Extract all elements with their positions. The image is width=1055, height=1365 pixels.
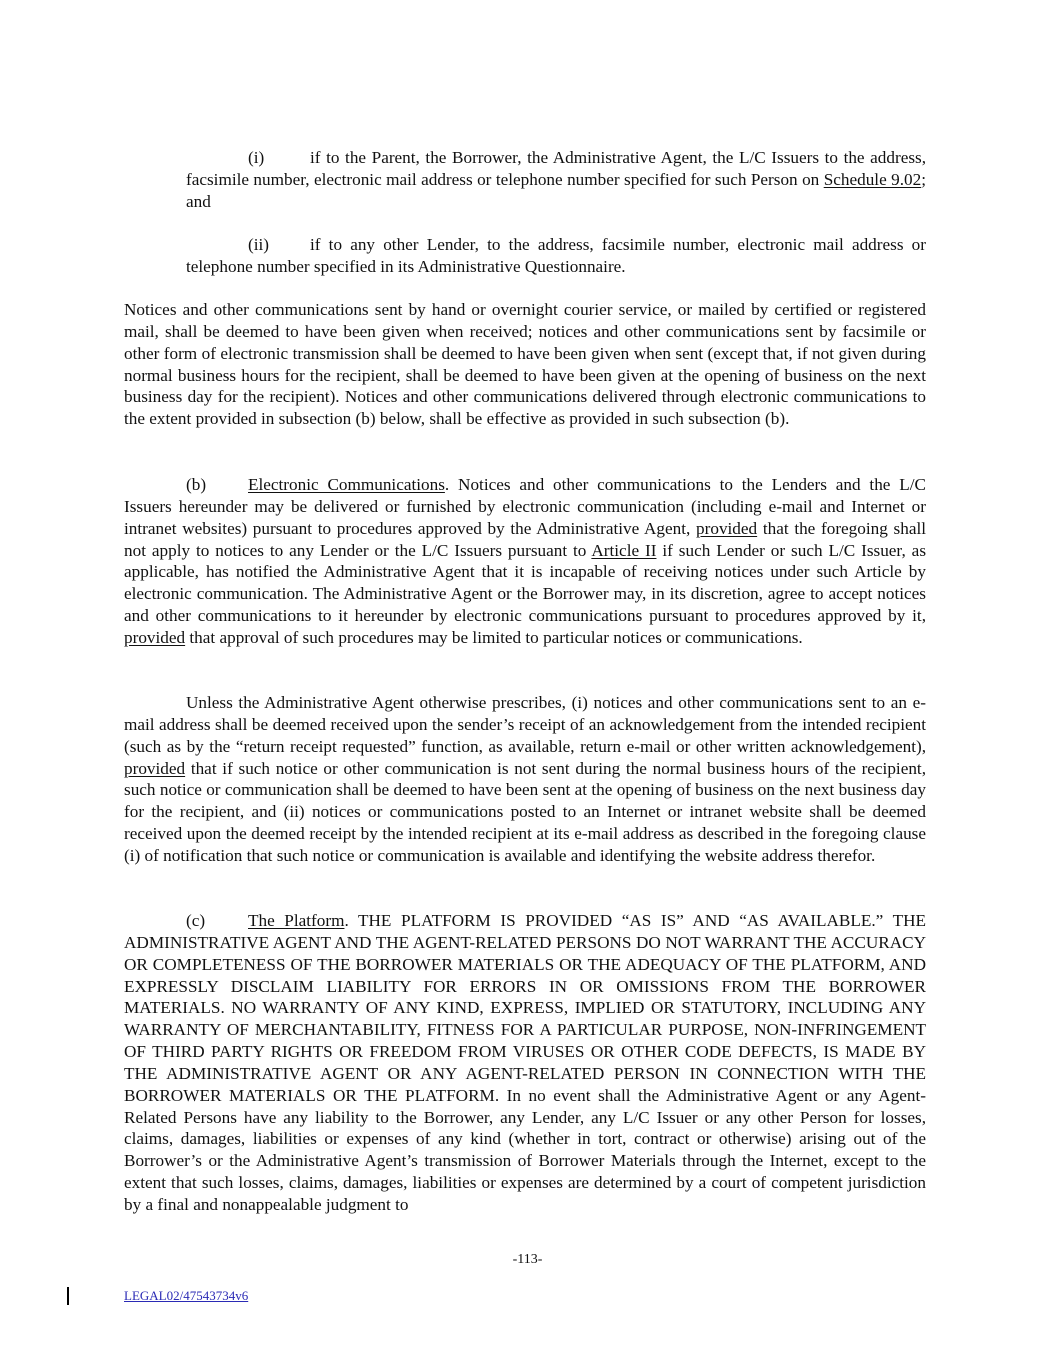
section-b: (b)Electronic Communications. Notices an… (124, 474, 926, 649)
paragraph-notices: Notices and other communications sent by… (124, 299, 926, 430)
schedule-link: Schedule 9.02 (824, 170, 922, 189)
section-c-heading: The Platform (248, 911, 344, 930)
document-id-link[interactable]: LEGAL02/47543734v6 (124, 1288, 248, 1304)
clause-i-marker: (i) (248, 147, 310, 169)
clause-i: (i)if to the Parent, the Borrower, the A… (186, 147, 926, 213)
clause-ii-marker: (ii) (248, 234, 310, 256)
document-page: (i)if to the Parent, the Borrower, the A… (0, 0, 1055, 1365)
article-ii-link: Article II (591, 541, 656, 560)
paragraph-unless: Unless the Administrative Agent otherwis… (124, 692, 926, 867)
section-b-marker: (b) (186, 474, 248, 496)
section-c: (c)The Platform. THE PLATFORM IS PROVIDE… (124, 910, 926, 1216)
change-bar (67, 1287, 69, 1305)
clause-ii: (ii)if to any other Lender, to the addre… (186, 234, 926, 278)
section-b-heading: Electronic Communications (248, 475, 445, 494)
section-c-marker: (c) (186, 910, 248, 932)
page-number: -113- (0, 1252, 1055, 1268)
